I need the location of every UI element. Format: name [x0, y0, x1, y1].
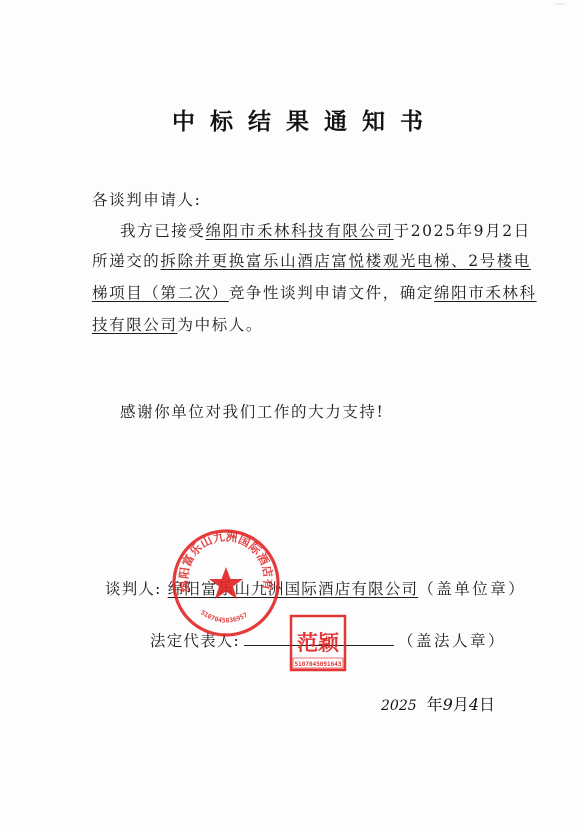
date-day: 4	[469, 695, 479, 714]
company-seal-stamp: 绵阳富乐山九洲国际酒店有限公司 5107045036957	[170, 527, 282, 639]
submission-date-text: 于2025年9月2日	[394, 222, 531, 240]
personal-seal-note: （盖法人章）	[398, 632, 506, 650]
date-month: 9	[443, 695, 453, 714]
negotiator-label: 谈判人:	[105, 580, 162, 598]
project-name-continued: 梯项目（第二次）	[92, 284, 229, 302]
negotiator-line: 谈判人: 绵阳富乐山九洲国际酒店有限公司（盖单位章）	[105, 577, 526, 599]
text-fragment: 竞争性谈判申请文件，确定	[229, 284, 434, 302]
date-year: 2025	[381, 698, 417, 714]
svg-text:5107045091643: 5107045091643	[295, 661, 342, 668]
body-line-1: 我方已接受绵阳市禾林科技有限公司于2025年9月2日	[120, 219, 531, 241]
company-seal-note: （盖单位章）	[418, 580, 526, 598]
text-fragment: 所递交的	[92, 252, 160, 270]
winner-name: 绵阳市禾林科技有限公司	[206, 222, 394, 240]
text-fragment: 为中标人。	[178, 316, 264, 334]
signing-date: 2025年9月4日	[381, 692, 495, 715]
date-year-unit: 年	[427, 695, 443, 714]
text-fragment: 我方已接受	[120, 222, 206, 240]
svg-text:5107045036957: 5107045036957	[199, 608, 249, 624]
salutation: 各谈判申请人:	[92, 188, 201, 210]
body-line-4: 技有限公司为中标人。	[92, 313, 263, 335]
winner-name: 绵阳市禾林科	[434, 284, 537, 302]
svg-text:范颖: 范颖	[297, 631, 340, 655]
scan-mark	[555, 3, 565, 5]
date-day-unit: 日	[479, 695, 495, 714]
body-line-3: 梯项目（第二次）竞争性谈判申请文件，确定绵阳市禾林科	[92, 281, 537, 303]
document-page: 中标结果通知书 各谈判申请人: 我方已接受绵阳市禾林科技有限公司于2025年9月…	[0, 0, 582, 825]
personal-seal-stamp: 范颖 5107045091643	[289, 614, 347, 672]
thanks-line: 感谢你单位对我们工作的大力支持!	[120, 400, 384, 422]
document-title: 中标结果通知书	[0, 103, 582, 136]
body-line-2: 所递交的拆除并更换富乐山酒店富悦楼观光电梯、2号楼电	[92, 249, 531, 271]
project-name: 拆除并更换富乐山酒店富悦楼观光电梯、2号楼电	[160, 252, 531, 270]
date-month-unit: 月	[453, 695, 469, 714]
winner-name-continued: 技有限公司	[92, 316, 178, 334]
